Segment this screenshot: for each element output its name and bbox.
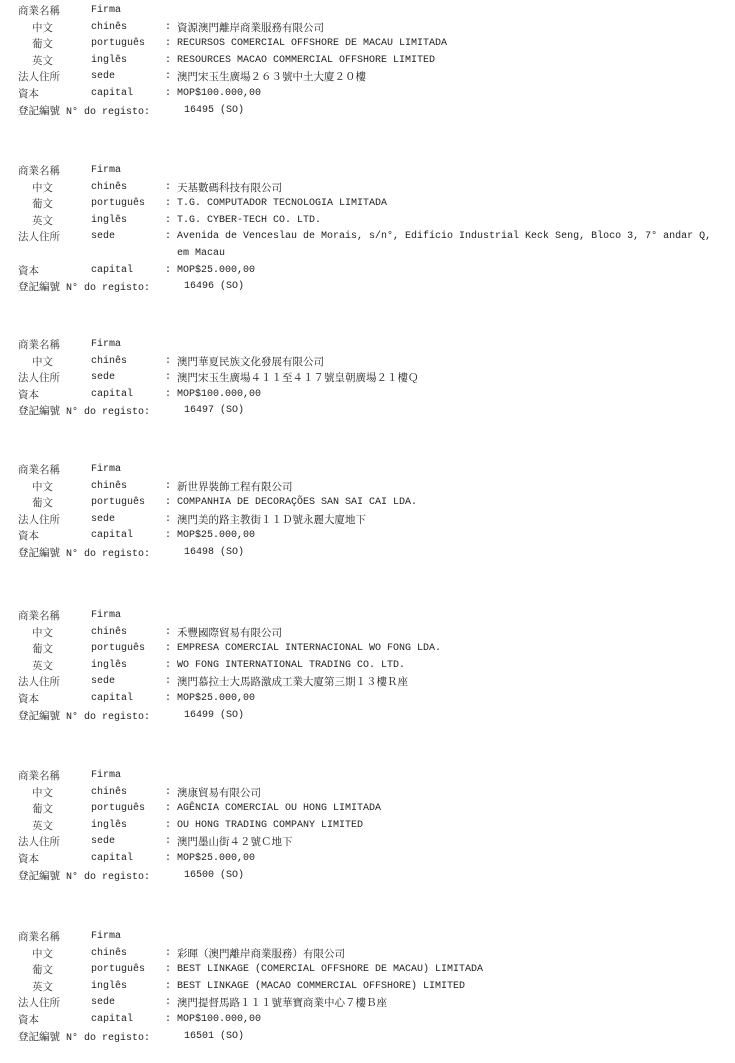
registered-address: 澳門宋玉生廣場２６３號中土大廈２０樓 (177, 69, 717, 86)
registo-label: 登記編號 N° do registo: (18, 279, 150, 298)
portuguese-name: AGÊNCIA COMERCIAL OU HONG LIMITADA (177, 801, 717, 818)
sede-label-pt: sede (91, 674, 115, 691)
firma-label-zh: 商業名稱 (18, 163, 60, 180)
capital-label-pt: capital (91, 691, 133, 708)
registo-label: 登記編號 N° do registo: (18, 708, 150, 727)
sede-label-zh: 法人住所 (18, 674, 60, 691)
capital-label-pt: capital (91, 86, 133, 103)
capital-label-zh: 資本 (18, 1012, 39, 1029)
chinese-name: 天基數碼科技有限公司 (177, 180, 717, 197)
chines-label-zh: 中文 (32, 20, 53, 37)
colon: : (165, 69, 171, 86)
chines-label-pt: chinês (91, 625, 127, 642)
colon: : (165, 387, 171, 404)
sede-label-zh: 法人住所 (18, 834, 60, 851)
capital-row: 資本 capital : MOP$25.000,00 (0, 851, 735, 868)
firma-label-zh: 商業名稱 (18, 768, 60, 785)
colon: : (165, 528, 171, 545)
ingles-label-zh: 英文 (32, 818, 53, 835)
capital-row: 資本 capital : MOP$100.000,00 (0, 387, 735, 404)
sede-row: 法人住所 sede : Avenida de Venceslau de Mora… (0, 229, 735, 262)
portugues-label-pt: português (91, 196, 145, 213)
ingles-label-pt: inglês (91, 658, 127, 675)
colon: : (165, 495, 171, 512)
chinese-name: 澳門華夏民族文化發展有限公司 (177, 354, 717, 371)
registo-label: 登記編號 N° do registo: (18, 1029, 150, 1048)
portugues-label-zh: 葡文 (32, 801, 53, 818)
colon: : (165, 263, 171, 280)
colon: : (165, 1012, 171, 1029)
colon: : (165, 995, 171, 1012)
chines-row: 中文 chinês : 澳門華夏民族文化發展有限公司 (0, 354, 735, 371)
capital-value: MOP$100.000,00 (177, 1012, 717, 1029)
sede-label-pt: sede (91, 69, 115, 86)
colon: : (165, 946, 171, 963)
portugues-label-zh: 葡文 (32, 196, 53, 213)
firma-row: 商業名稱 Firma (0, 929, 735, 946)
sede-label-zh: 法人住所 (18, 512, 60, 529)
colon: : (165, 962, 171, 979)
portuguese-name: T.G. COMPUTADOR TECNOLOGIA LIMITADA (177, 196, 717, 213)
firma-row: 商業名稱 Firma (0, 337, 735, 354)
sede-label-zh: 法人住所 (18, 69, 60, 86)
registration-number: 16501 (SO) (184, 1029, 244, 1046)
registered-address: 澳門宋玉生廣場４１１至４１７號皇朝廣場２１樓Ｑ (177, 370, 717, 387)
chines-label-pt: chinês (91, 354, 127, 371)
firma-row: 商業名稱 Firma (0, 768, 735, 785)
portuguese-name: RECURSOS COMERCIAL OFFSHORE DE MACAU LIM… (177, 36, 717, 53)
sede-label-pt: sede (91, 995, 115, 1012)
portugues-label-zh: 葡文 (32, 36, 53, 53)
chines-label-pt: chinês (91, 946, 127, 963)
firma-label-pt: Firma (91, 608, 121, 625)
registo-row: 登記編號 N° do registo: 16500 (SO) (0, 868, 735, 885)
capital-row: 資本 capital : MOP$100.000,00 (0, 1012, 735, 1029)
registered-address: 澳門墨山街４２號Ｃ地下 (177, 834, 717, 851)
ingles-row: 英文 inglês : BEST LINKAGE (MACAO COMMERCI… (0, 979, 735, 996)
registration-entry: 商業名稱 Firma 中文 chinês : 澳康貿易有限公司 葡文 portu… (0, 768, 735, 884)
chines-label-zh: 中文 (32, 180, 53, 197)
colon: : (165, 196, 171, 213)
chines-label-pt: chinês (91, 479, 127, 496)
colon: : (165, 801, 171, 818)
ingles-label-pt: inglês (91, 818, 127, 835)
firma-label-pt: Firma (91, 337, 121, 354)
registered-address: 澳門慕拉士大馬路激成工業大廈第三期１３樓Ｒ座 (177, 674, 717, 691)
english-name: WO FONG INTERNATIONAL TRADING CO. LTD. (177, 658, 717, 675)
firma-label-pt: Firma (91, 163, 121, 180)
capital-label-pt: capital (91, 263, 133, 280)
portugues-label-zh: 葡文 (32, 641, 53, 658)
ingles-label-zh: 英文 (32, 53, 53, 70)
portugues-label-zh: 葡文 (32, 495, 53, 512)
registration-entry: 商業名稱 Firma 中文 chinês : 禾豐國際貿易有限公司 葡文 por… (0, 608, 735, 724)
chines-row: 中文 chinês : 新世界裝飾工程有限公司 (0, 479, 735, 496)
chinese-name: 澳康貿易有限公司 (177, 785, 717, 802)
registration-entry: 商業名稱 Firma 中文 chinês : 資源澳門離岸商業服務有限公司 葡文… (0, 3, 735, 119)
chines-row: 中文 chinês : 澳康貿易有限公司 (0, 785, 735, 802)
capital-label-zh: 資本 (18, 387, 39, 404)
portugues-label-pt: português (91, 36, 145, 53)
chines-label-zh: 中文 (32, 625, 53, 642)
colon: : (165, 674, 171, 691)
registo-label: 登記編號 N° do registo: (18, 403, 150, 422)
registo-row: 登記編號 N° do registo: 16495 (SO) (0, 103, 735, 120)
sede-label-zh: 法人住所 (18, 995, 60, 1012)
chines-row: 中文 chinês : 資源澳門離岸商業服務有限公司 (0, 20, 735, 37)
english-name: T.G. CYBER-TECH CO. LTD. (177, 213, 717, 230)
colon: : (165, 691, 171, 708)
capital-value: MOP$100.000,00 (177, 86, 717, 103)
capital-label-pt: capital (91, 851, 133, 868)
sede-label-pt: sede (91, 370, 115, 387)
portugues-label-pt: português (91, 641, 145, 658)
sede-row: 法人住所 sede : 澳門墨山街４２號Ｃ地下 (0, 834, 735, 851)
capital-value: MOP$25.000,00 (177, 851, 717, 868)
chines-row: 中文 chinês : 禾豐國際貿易有限公司 (0, 625, 735, 642)
ingles-label-pt: inglês (91, 53, 127, 70)
capital-label-zh: 資本 (18, 263, 39, 280)
registo-row: 登記編號 N° do registo: 16498 (SO) (0, 545, 735, 562)
capital-label-pt: capital (91, 528, 133, 545)
colon: : (165, 229, 171, 246)
colon: : (165, 658, 171, 675)
ingles-row: 英文 inglês : T.G. CYBER-TECH CO. LTD. (0, 213, 735, 230)
firma-label-pt: Firma (91, 462, 121, 479)
registration-number: 16500 (SO) (184, 868, 244, 885)
colon: : (165, 818, 171, 835)
chinese-name: 禾豐國際貿易有限公司 (177, 625, 717, 642)
chines-label-zh: 中文 (32, 479, 53, 496)
portugues-row: 葡文 português : AGÊNCIA COMERCIAL OU HONG… (0, 801, 735, 818)
colon: : (165, 180, 171, 197)
firma-row: 商業名稱 Firma (0, 3, 735, 20)
chinese-name: 新世界裝飾工程有限公司 (177, 479, 717, 496)
colon: : (165, 625, 171, 642)
ingles-row: 英文 inglês : WO FONG INTERNATIONAL TRADIN… (0, 658, 735, 675)
chines-label-zh: 中文 (32, 785, 53, 802)
registo-row: 登記編號 N° do registo: 16501 (SO) (0, 1029, 735, 1046)
firma-row: 商業名稱 Firma (0, 462, 735, 479)
colon: : (165, 834, 171, 851)
capital-label-zh: 資本 (18, 691, 39, 708)
chines-label-pt: chinês (91, 20, 127, 37)
capital-row: 資本 capital : MOP$25.000,00 (0, 263, 735, 280)
colon: : (165, 36, 171, 53)
colon: : (165, 53, 171, 70)
capital-label-zh: 資本 (18, 86, 39, 103)
english-name: RESOURCES MACAO COMMERCIAL OFFSHORE LIMI… (177, 53, 717, 70)
chinese-name: 資源澳門離岸商業服務有限公司 (177, 20, 717, 37)
registo-label: 登記編號 N° do registo: (18, 103, 150, 122)
sede-label-pt: sede (91, 512, 115, 529)
registo-row: 登記編號 N° do registo: 16499 (SO) (0, 708, 735, 725)
capital-label-zh: 資本 (18, 528, 39, 545)
sede-row: 法人住所 sede : 澳門宋玉生廣場２６３號中土大廈２０樓 (0, 69, 735, 86)
portuguese-name: BEST LINKAGE (COMERCIAL OFFSHORE DE MACA… (177, 962, 717, 979)
portuguese-name: EMPRESA COMERCIAL INTERNACIONAL WO FONG … (177, 641, 717, 658)
capital-value: MOP$25.000,00 (177, 263, 717, 280)
ingles-row: 英文 inglês : RESOURCES MACAO COMMERCIAL O… (0, 53, 735, 70)
colon: : (165, 641, 171, 658)
firma-label-zh: 商業名稱 (18, 929, 60, 946)
registration-number: 16498 (SO) (184, 545, 244, 562)
capital-value: MOP$100.000,00 (177, 387, 717, 404)
chines-label-pt: chinês (91, 180, 127, 197)
sede-label-zh: 法人住所 (18, 370, 60, 387)
colon: : (165, 213, 171, 230)
portuguese-name: COMPANHIA DE DECORAÇÕES SAN SAI CAI LDA. (177, 495, 717, 512)
portugues-label-pt: português (91, 801, 145, 818)
colon: : (165, 512, 171, 529)
portugues-row: 葡文 português : COMPANHIA DE DECORAÇÕES S… (0, 495, 735, 512)
registered-address: 澳門美的路主教街１１Ｄ號永麗大廈地下 (177, 512, 717, 529)
registration-entry: 商業名稱 Firma 中文 chinês : 彩暉（澳門離岸商業服務）有限公司 … (0, 929, 735, 1045)
chines-row: 中文 chinês : 彩暉（澳門離岸商業服務）有限公司 (0, 946, 735, 963)
firma-label-pt: Firma (91, 929, 121, 946)
registration-number: 16499 (SO) (184, 708, 244, 725)
registration-number: 16497 (SO) (184, 403, 244, 420)
chinese-name: 彩暉（澳門離岸商業服務）有限公司 (177, 946, 717, 963)
capital-value: MOP$25.000,00 (177, 691, 717, 708)
colon: : (165, 370, 171, 387)
colon: : (165, 479, 171, 496)
registo-label: 登記編號 N° do registo: (18, 545, 150, 564)
firma-label-zh: 商業名稱 (18, 608, 60, 625)
capital-label-zh: 資本 (18, 851, 39, 868)
colon: : (165, 785, 171, 802)
firma-label-pt: Firma (91, 3, 121, 20)
sede-label-zh: 法人住所 (18, 229, 60, 246)
registration-entry: 商業名稱 Firma 中文 chinês : 天基數碼科技有限公司 葡文 por… (0, 163, 735, 296)
capital-value: MOP$25.000,00 (177, 528, 717, 545)
sede-row: 法人住所 sede : 澳門慕拉士大馬路激成工業大廈第三期１３樓Ｒ座 (0, 674, 735, 691)
ingles-label-pt: inglês (91, 213, 127, 230)
sede-row: 法人住所 sede : 澳門美的路主教街１１Ｄ號永麗大廈地下 (0, 512, 735, 529)
ingles-label-pt: inglês (91, 979, 127, 996)
firma-row: 商業名稱 Firma (0, 163, 735, 180)
capital-row: 資本 capital : MOP$25.000,00 (0, 691, 735, 708)
colon: : (165, 354, 171, 371)
registo-row: 登記編號 N° do registo: 16497 (SO) (0, 403, 735, 420)
chines-row: 中文 chinês : 天基數碼科技有限公司 (0, 180, 735, 197)
ingles-label-zh: 英文 (32, 213, 53, 230)
portugues-label-zh: 葡文 (32, 962, 53, 979)
registration-entry: 商業名稱 Firma 中文 chinês : 澳門華夏民族文化發展有限公司 法人… (0, 337, 735, 420)
chines-label-pt: chinês (91, 785, 127, 802)
ingles-row: 英文 inglês : OU HONG TRADING COMPANY LIMI… (0, 818, 735, 835)
registration-entry: 商業名稱 Firma 中文 chinês : 新世界裝飾工程有限公司 葡文 po… (0, 462, 735, 562)
ingles-label-zh: 英文 (32, 658, 53, 675)
ingles-label-zh: 英文 (32, 979, 53, 996)
registo-label: 登記編號 N° do registo: (18, 868, 150, 887)
colon: : (165, 20, 171, 37)
portugues-row: 葡文 português : T.G. COMPUTADOR TECNOLOGI… (0, 196, 735, 213)
english-name: BEST LINKAGE (MACAO COMMERCIAL OFFSHORE)… (177, 979, 717, 996)
portugues-label-pt: português (91, 495, 145, 512)
registered-address: Avenida de Venceslau de Morais, s/n°, Ed… (177, 229, 722, 262)
capital-label-pt: capital (91, 1012, 133, 1029)
capital-row: 資本 capital : MOP$100.000,00 (0, 86, 735, 103)
registo-row: 登記編號 N° do registo: 16496 (SO) (0, 279, 735, 296)
colon: : (165, 979, 171, 996)
colon: : (165, 851, 171, 868)
capital-row: 資本 capital : MOP$25.000,00 (0, 528, 735, 545)
sede-row: 法人住所 sede : 澳門提督馬路１１１號華寶商業中心７樓Ｂ座 (0, 995, 735, 1012)
chines-label-zh: 中文 (32, 946, 53, 963)
portugues-row: 葡文 português : EMPRESA COMERCIAL INTERNA… (0, 641, 735, 658)
sede-label-pt: sede (91, 834, 115, 851)
portugues-row: 葡文 português : RECURSOS COMERCIAL OFFSHO… (0, 36, 735, 53)
registration-number: 16495 (SO) (184, 103, 244, 120)
firma-label-zh: 商業名稱 (18, 462, 60, 479)
portugues-row: 葡文 português : BEST LINKAGE (COMERCIAL O… (0, 962, 735, 979)
firma-label-zh: 商業名稱 (18, 337, 60, 354)
sede-row: 法人住所 sede : 澳門宋玉生廣場４１１至４１７號皇朝廣場２１樓Ｑ (0, 370, 735, 387)
chines-label-zh: 中文 (32, 354, 53, 371)
firma-label-pt: Firma (91, 768, 121, 785)
registered-address: 澳門提督馬路１１１號華寶商業中心７樓Ｂ座 (177, 995, 717, 1012)
sede-label-pt: sede (91, 229, 115, 246)
firma-label-zh: 商業名稱 (18, 3, 60, 20)
portugues-label-pt: português (91, 962, 145, 979)
colon: : (165, 86, 171, 103)
firma-row: 商業名稱 Firma (0, 608, 735, 625)
english-name: OU HONG TRADING COMPANY LIMITED (177, 818, 717, 835)
capital-label-pt: capital (91, 387, 133, 404)
registration-number: 16496 (SO) (184, 279, 244, 296)
